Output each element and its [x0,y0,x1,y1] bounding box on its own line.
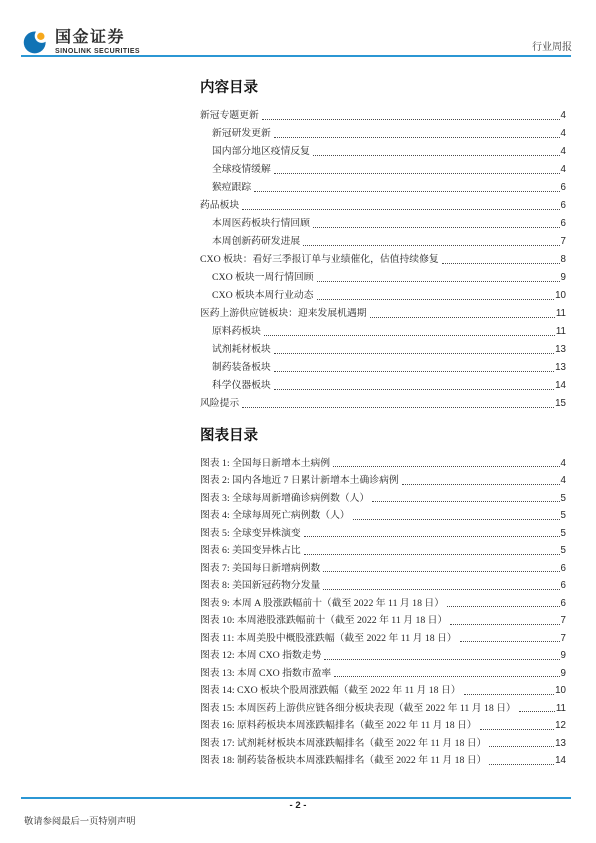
toc-entry[interactable]: 制药装备板块 13 [200,356,566,374]
figure-toc-entry[interactable]: 图表 2: 国内各地近 7 日累计新增本土确诊病例 4 [200,470,566,488]
toc-dot-leader [274,353,554,354]
figure-entry-label: 图表 11: 本周美股中概股涨跌幅（截至 2022 年 11 月 18 日） [200,633,457,645]
toc-dot-leader [442,263,560,264]
toc-dot-leader [460,641,560,642]
figure-entry-label: 图表 15: 本周医药上游供应链各细分板块表现（截至 2022 年 11 月 1… [200,703,516,715]
figure-toc-entry[interactable]: 图表 17: 试剂耗材板块本周涨跌幅排名（截至 2022 年 11 月 18 日… [200,732,566,750]
toc-dot-leader [304,554,560,555]
toc-entry-label: 原料药板块 [212,326,261,338]
figure-toc-entry[interactable]: 图表 8: 美国新冠药物分发量 6 [200,575,566,593]
toc-entry[interactable]: CXO 板块一周行情回顾 9 [200,266,566,284]
figure-entry-label: 图表 13: 本周 CXO 指数市盈率 [200,668,331,680]
toc-entry[interactable]: 国内部分地区疫情反复 4 [200,140,566,158]
toc-dot-leader [274,371,554,372]
figure-entry-page: 9 [561,668,566,680]
toc-entry-page: 4 [561,110,566,122]
toc-entry[interactable]: 新冠研发更新 4 [200,122,566,140]
toc-entry[interactable]: CXO 板块：看好三季报订单与业绩催化，估值持续修复 8 [200,248,566,266]
toc-entry-label: 本周创新药研发进展 [212,236,300,248]
brand-name-en: SINOLINK SECURITIES [55,48,140,55]
toc-entry-page: 8 [561,254,566,266]
brand-name-cn: 国金证券 [55,30,140,46]
figure-entry-label: 图表 14: CXO 板块个股周涨跌幅（截至 2022 年 11 月 18 日） [200,685,461,697]
figure-toc-entry[interactable]: 图表 14: CXO 板块个股周涨跌幅（截至 2022 年 11 月 18 日）… [200,680,566,698]
toc-entry-page: 9 [561,272,566,284]
toc-entry[interactable]: 本周创新药研发进展 7 [200,230,566,248]
toc-dot-leader [324,659,559,660]
toc-entry[interactable]: 本周医药板块行情回顾 6 [200,212,566,230]
toc-entry-page: 11 [556,326,566,338]
figure-toc-entry[interactable]: 图表 13: 本周 CXO 指数市盈率 9 [200,662,566,680]
toc-entry-page: 6 [561,218,566,230]
figure-entry-page: 4 [561,458,566,470]
toc-dot-leader [353,519,560,520]
toc-entry-page: 13 [555,362,566,374]
toc-dot-leader [317,281,560,282]
figure-entry-page: 12 [555,720,566,732]
figure-entry-page: 5 [561,528,566,540]
figure-entry-label: 图表 18: 制药装备板块本周涨跌幅排名（截至 2022 年 11 月 18 日… [200,755,486,767]
report-type-label: 行业周报 [532,38,572,56]
figure-entry-page: 4 [561,475,566,487]
figure-entry-label: 图表 5: 全球变异株演变 [200,528,301,540]
toc-entry-label: 科学仪器板块 [212,380,271,392]
toc-entry[interactable]: 新冠专题更新 4 [200,104,566,122]
toc-dot-leader [519,711,555,712]
figure-toc-entry[interactable]: 图表 4: 全球每周死亡病例数（人） 5 [200,505,566,523]
figure-entry-page: 14 [555,755,566,767]
toc-entry[interactable]: 医药上游供应链板块：迎来发展机遇期 11 [200,302,566,320]
toc-entry-label: 制药装备板块 [212,362,271,374]
toc-dot-leader [489,764,554,765]
toc-entry-label: CXO 板块一周行情回顾 [212,272,314,284]
toc-dot-leader [323,571,559,572]
toc-dot-leader [464,694,554,695]
page-number: - 2 - [0,800,596,811]
toc-entry[interactable]: 药品板块 6 [200,194,566,212]
toc-dot-leader [447,606,560,607]
toc-dot-leader [304,536,560,537]
figure-entry-page: 6 [561,563,566,575]
toc-dot-leader [450,624,559,625]
toc-entry-page: 4 [561,164,566,176]
figure-toc-entry[interactable]: 图表 11: 本周美股中概股涨跌幅（截至 2022 年 11 月 18 日） 7 [200,627,566,645]
figure-entry-page: 6 [561,580,566,592]
toc-entry-label: 新冠研发更新 [212,128,271,140]
figure-toc-entry[interactable]: 图表 3: 全球每周新增确诊病例数（人） 5 [200,487,566,505]
figure-toc-entry[interactable]: 图表 16: 原料药板块本周涨跌幅排名（截至 2022 年 11 月 18 日）… [200,715,566,733]
figure-toc-title: 图表目录 [200,427,566,445]
toc-dot-leader [313,155,560,156]
toc-dot-leader [323,589,559,590]
toc-dot-leader [254,191,559,192]
toc-entry-page: 7 [561,236,566,248]
toc-dot-leader [303,245,559,246]
toc-entry-page: 6 [561,182,566,194]
figure-entry-page: 5 [561,510,566,522]
toc-entry[interactable]: CXO 板块本周行业动态 10 [200,284,566,302]
page-header: 国金证券 SINOLINK SECURITIES 行业周报 [22,26,572,56]
toc-dot-leader [242,209,559,210]
toc-dot-leader [274,137,560,138]
figure-toc-list: 图表 1: 全国每日新增本土病例 4 图表 2: 国内各地近 7 日累计新增本土… [200,452,566,767]
sinolink-logo-icon [22,28,50,56]
figure-toc-entry[interactable]: 图表 6: 美国变异株占比 5 [200,540,566,558]
figure-entry-page: 13 [555,738,566,750]
toc-dot-leader [372,501,559,502]
figure-entry-page: 5 [561,545,566,557]
toc-dot-leader [402,484,560,485]
toc-entry-label: 试剂耗材板块 [212,344,271,356]
figure-entry-page: 5 [561,493,566,505]
toc-dot-leader [317,299,555,300]
content-toc-title: 内容目录 [200,79,566,97]
toc-entry[interactable]: 原料药板块 11 [200,320,566,338]
figure-entry-label: 图表 8: 美国新冠药物分发量 [200,580,320,592]
toc-entry[interactable]: 科学仪器板块 14 [200,374,566,392]
toc-entry-page: 15 [555,398,566,410]
figure-entry-label: 图表 6: 美国变异株占比 [200,545,301,557]
toc-content: 内容目录 新冠专题更新 4 新冠研发更新 4 国内部分地区疫情反复 4 [200,79,566,767]
footer-disclaimer: 敬请参阅最后一页特别声明 [24,813,136,827]
toc-entry-label: 本周医药板块行情回顾 [212,218,310,230]
figure-entry-page: 6 [561,598,566,610]
figure-toc-entry[interactable]: 图表 7: 美国每日新增病例数 6 [200,557,566,575]
figure-toc-entry[interactable]: 图表 15: 本周医药上游供应链各细分板块表现（截至 2022 年 11 月 1… [200,697,566,715]
toc-entry-page: 6 [561,200,566,212]
figure-entry-label: 图表 9: 本周 A 股涨跌幅前十（截至 2022 年 11 月 18 日） [200,598,444,610]
toc-entry-label: 风险提示 [200,398,239,410]
figure-entry-page: 10 [555,685,566,697]
toc-entry-page: 11 [556,308,566,320]
toc-entry-label: 猴痘跟踪 [212,182,251,194]
figure-entry-label: 图表 10: 本周港股涨跌幅前十（截至 2022 年 11 月 18 日） [200,615,447,627]
figure-entry-label: 图表 17: 试剂耗材板块本周涨跌幅排名（截至 2022 年 11 月 18 日… [200,738,486,750]
toc-entry-label: CXO 板块：看好三季报订单与业绩催化，估值持续修复 [200,254,439,266]
toc-entry-page: 13 [555,344,566,356]
toc-entry-label: 医药上游供应链板块：迎来发展机遇期 [200,308,367,320]
toc-entry-label: 新冠专题更新 [200,110,259,122]
toc-dot-leader [264,335,555,336]
figure-entry-label: 图表 2: 国内各地近 7 日累计新增本土确诊病例 [200,475,399,487]
toc-entry-page: 4 [561,128,566,140]
figure-toc-entry[interactable]: 图表 9: 本周 A 股涨跌幅前十（截至 2022 年 11 月 18 日） 6 [200,592,566,610]
report-page: 国金证券 SINOLINK SECURITIES 行业周报 内容目录 新冠专题更… [0,0,596,843]
toc-dot-leader [370,317,555,318]
toc-dot-leader [242,407,554,408]
toc-entry-label: CXO 板块本周行业动态 [212,290,314,302]
toc-dot-leader [313,227,560,228]
header-divider [21,55,571,57]
figure-toc-entry[interactable]: 图表 5: 全球变异株演变 5 [200,522,566,540]
figure-entry-page: 11 [556,703,566,715]
brand-text: 国金证券 SINOLINK SECURITIES [55,30,140,55]
toc-entry-label: 全球疫情缓解 [212,164,271,176]
figure-entry-label: 图表 7: 美国每日新增病例数 [200,563,320,575]
toc-dot-leader [262,119,560,120]
toc-entry-label: 国内部分地区疫情反复 [212,146,310,158]
toc-dot-leader [274,389,554,390]
figure-entry-label: 图表 3: 全球每周新增确诊病例数（人） [200,493,369,505]
figure-toc-entry[interactable]: 图表 10: 本周港股涨跌幅前十（截至 2022 年 11 月 18 日） 7 [200,610,566,628]
figure-toc-entry[interactable]: 图表 12: 本周 CXO 指数走势 9 [200,645,566,663]
toc-dot-leader [489,746,554,747]
figure-entry-page: 9 [561,650,566,662]
toc-entry[interactable]: 全球疫情缓解 4 [200,158,566,176]
toc-dot-leader [334,676,559,677]
toc-entry[interactable]: 风险提示 15 [200,392,566,410]
brand-logo: 国金证券 SINOLINK SECURITIES [22,28,140,56]
toc-entry[interactable]: 猴痘跟踪 6 [200,176,566,194]
figure-toc-entry[interactable]: 图表 1: 全国每日新增本土病例 4 [200,452,566,470]
figure-entry-page: 7 [561,615,566,627]
toc-entry[interactable]: 试剂耗材板块 13 [200,338,566,356]
toc-entry-label: 药品板块 [200,200,239,212]
content-toc-list: 新冠专题更新 4 新冠研发更新 4 国内部分地区疫情反复 4 全 [200,104,566,410]
figure-toc-entry[interactable]: 图表 18: 制药装备板块本周涨跌幅排名（截至 2022 年 11 月 18 日… [200,750,566,768]
toc-entry-page: 10 [555,290,566,302]
toc-entry-page: 4 [561,146,566,158]
toc-entry-page: 14 [555,380,566,392]
footer-divider [21,797,571,799]
figure-entry-label: 图表 16: 原料药板块本周涨跌幅排名（截至 2022 年 11 月 18 日） [200,720,477,732]
figure-entry-label: 图表 12: 本周 CXO 指数走势 [200,650,321,662]
toc-dot-leader [333,466,559,467]
figure-entry-label: 图表 1: 全国每日新增本土病例 [200,458,330,470]
toc-dot-leader [480,729,554,730]
figure-entry-label: 图表 4: 全球每周死亡病例数（人） [200,510,350,522]
figure-entry-page: 7 [561,633,566,645]
toc-dot-leader [274,173,560,174]
